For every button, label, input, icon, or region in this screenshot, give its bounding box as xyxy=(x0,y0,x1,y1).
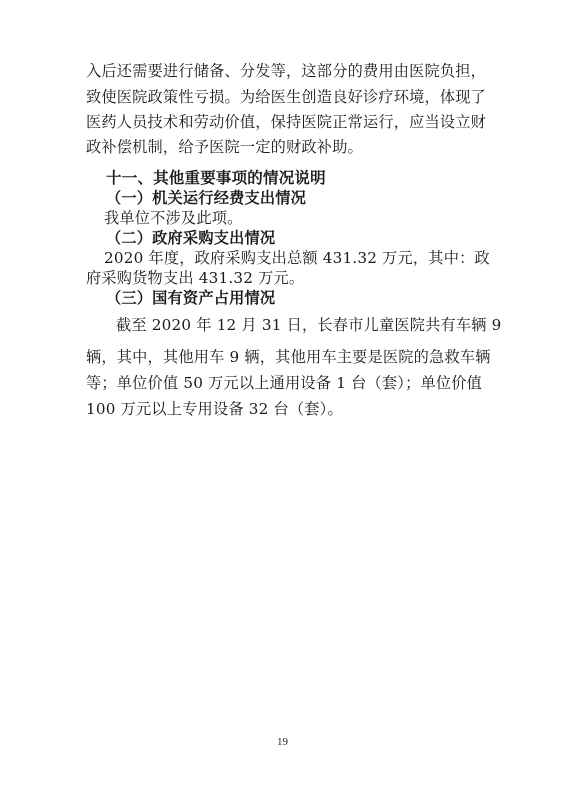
page-number: 19 xyxy=(0,736,565,748)
paragraph-line: 医药人员技术和劳动价值，保持医院正常运行，应当设立财 xyxy=(86,112,479,132)
subsection-heading: （一）机关运行经费支出情况 xyxy=(106,188,306,208)
subsection-text: 等；单位价值 50 万元以上通用设备 1 台（套）；单位价值 xyxy=(86,373,479,393)
paragraph-line: 致使医院政策性亏损。为给医生创造良好诊疗环境，体现了 xyxy=(86,87,479,107)
document-page: 入后还需要进行储备、分发等，这部分的费用由医院负担， 致使医院政策性亏损。为给医… xyxy=(0,0,565,800)
subsection-heading: （二）政府采购支出情况 xyxy=(106,228,275,248)
subsection-text: 100 万元以上专用设备 32 台（套）。 xyxy=(86,399,343,419)
subsection-text: 截至 2020 年 12 月 31 日，长春市儿童医院共有车辆 9 xyxy=(116,315,479,335)
subsection-text: 府采购货物支出 431.32 万元。 xyxy=(86,268,304,288)
subsection-text: 我单位不涉及此项。 xyxy=(104,208,243,228)
paragraph-line: 政补偿机制，给予医院一定的财政补助。 xyxy=(86,137,363,157)
subsection-heading: （三）国有资产占用情况 xyxy=(106,288,275,308)
subsection-text: 2020 年度，政府采购支出总额 431.32 万元，其中：政 xyxy=(104,248,490,268)
section-heading: 十一、其他重要事项的情况说明 xyxy=(106,168,326,188)
subsection-text: 辆，其中，其他用车 9 辆，其他用车主要是医院的急救车辆 xyxy=(86,347,479,367)
paragraph-line: 入后还需要进行储备、分发等，这部分的费用由医院负担， xyxy=(86,61,479,81)
